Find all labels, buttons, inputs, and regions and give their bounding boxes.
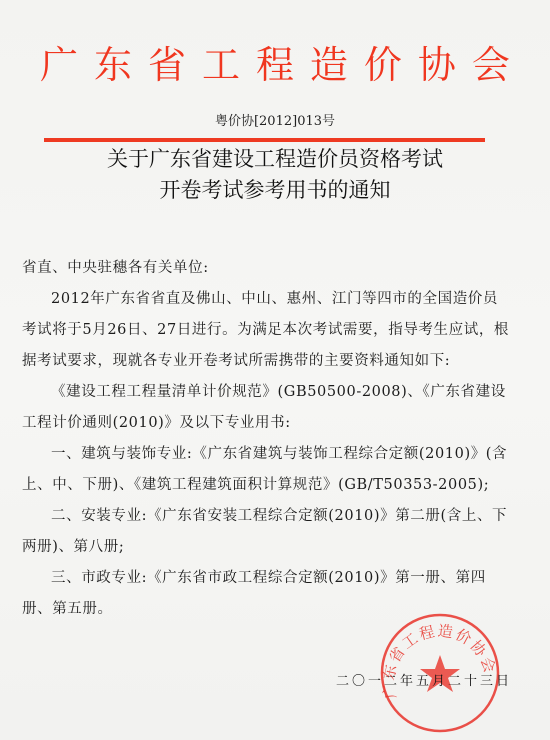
paragraph: 2012年广东省省直及佛山、中山、惠州、江门等四市的全国造价员考试将于5月26日… [22,284,512,377]
paragraph: 二、安装专业:《广东省安装工程综合定额(2010)》第二册(含上、下两册)、第八… [22,501,512,563]
salutation: 省直、中央驻穗各有关单位: [22,253,512,284]
title-line-1: 关于广东省建设工程造价员资格考试 [0,144,550,175]
paragraph: 一、建筑与装饰专业:《广东省建筑与装饰工程综合定额(2010)》(含上、中、下册… [22,439,512,501]
title-line-2: 开卷考试参考用书的通知 [0,175,550,206]
letterhead-char: 程 [256,42,294,88]
document-page: 广 东 省 工 程 造 价 协 会 粤价协[2012]013号 关于广东省建设工… [0,0,550,740]
letterhead-char: 协 [418,42,456,88]
letterhead-char: 省 [148,42,186,88]
letterhead-char: 工 [202,42,240,88]
paragraph: 《建设工程工程量清单计价规范》(GB50500-2008)、《广东省建设工程计价… [22,377,512,439]
notice-body: 省直、中央驻穗各有关单位: 2012年广东省省直及佛山、中山、惠州、江门等四市的… [22,253,512,625]
org-letterhead: 广 东 省 工 程 造 价 协 会 [40,42,510,88]
letterhead-char: 会 [472,42,510,88]
letterhead-char: 广 [40,42,78,88]
letterhead-char: 东 [94,42,132,88]
red-divider [44,138,485,142]
notice-title: 关于广东省建设工程造价员资格考试 开卷考试参考用书的通知 [0,144,550,206]
document-number: 粤价协[2012]013号 [0,110,550,129]
letterhead-char: 价 [364,42,402,88]
letterhead-char: 造 [310,42,348,88]
issue-date: 二〇一二年五月二十三日 [336,670,512,689]
